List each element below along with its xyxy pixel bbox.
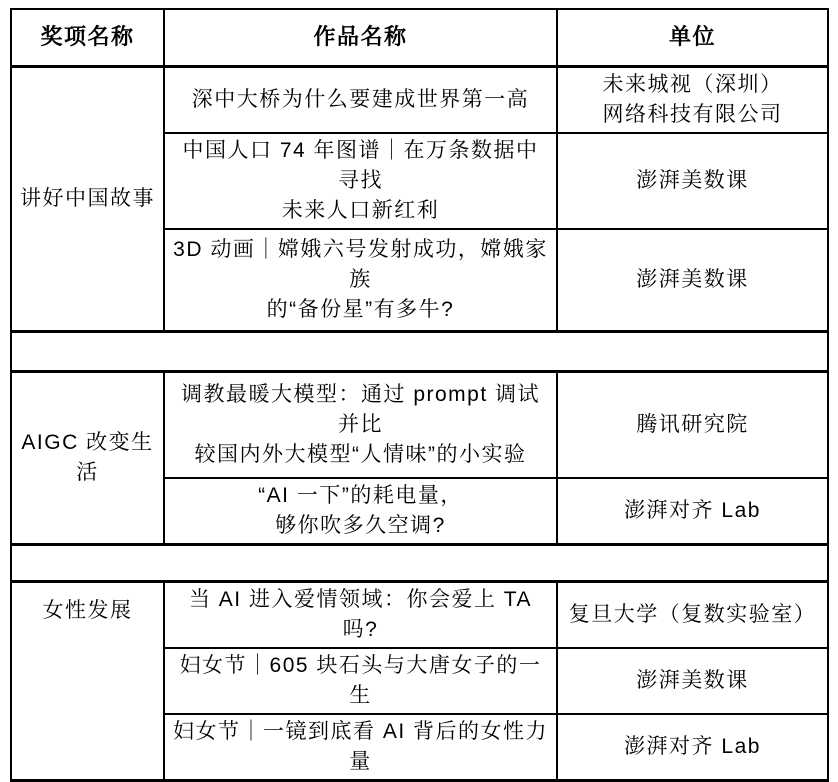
document-page: 奖项名称 作品名称 单位 讲好中国故事 深中大桥为什么要建成世界第一高 未来城视… [0, 0, 838, 738]
awards-table: 奖项名称 作品名称 单位 讲好中国故事 深中大桥为什么要建成世界第一高 未来城视… [10, 8, 829, 782]
unit-cell: 复旦大学（复数实验室） [557, 581, 828, 648]
table-row: AIGC 改变生活 调教最暖大模型：通过 prompt 调试并比 较国内外大模型… [11, 372, 828, 478]
work-cell: 当 AI 进入爱情领域：你会爱上 TA 吗? [164, 581, 557, 648]
award-cell-section-1: 讲好中国故事 [11, 66, 164, 332]
unit-cell: 澎湃对齐 Lab [557, 714, 828, 781]
table-row: 讲好中国故事 深中大桥为什么要建成世界第一高 未来城视（深圳） 网络科技有限公司 [11, 66, 828, 133]
col-header-award-name: 奖项名称 [11, 9, 164, 66]
award-cell-section-2: AIGC 改变生活 [11, 372, 164, 545]
work-cell: 3D 动画｜嫦娥六号发射成功，嫦娥家族 的“备份星”有多牛? [164, 229, 557, 332]
unit-cell: 澎湃对齐 Lab [557, 478, 828, 545]
separator-row [11, 544, 828, 581]
work-cell: 深中大桥为什么要建成世界第一高 [164, 66, 557, 133]
work-cell: 妇女节｜605 块石头与大唐女子的一生 [164, 648, 557, 714]
unit-cell: 澎湃美数课 [557, 648, 828, 714]
separator-cell [11, 544, 828, 581]
award-cell-section-3: 女性发展 [11, 581, 164, 780]
separator-row [11, 332, 828, 372]
table-row: 女性发展 当 AI 进入爱情领域：你会爱上 TA 吗? 复旦大学（复数实验室） [11, 581, 828, 648]
col-header-unit: 单位 [557, 9, 828, 66]
header-row: 奖项名称 作品名称 单位 [11, 9, 828, 66]
col-header-work-name: 作品名称 [164, 9, 557, 66]
work-cell: 中国人口 74 年图谱｜在万条数据中寻找 未来人口新红利 [164, 133, 557, 229]
work-cell: 调教最暖大模型：通过 prompt 调试并比 较国内外大模型“人情味”的小实验 [164, 372, 557, 478]
unit-cell: 澎湃美数课 [557, 133, 828, 229]
work-cell: “AI 一下”的耗电量， 够你吹多久空调? [164, 478, 557, 545]
work-cell: 妇女节｜一镜到底看 AI 背后的女性力量 [164, 714, 557, 781]
unit-cell: 腾讯研究院 [557, 372, 828, 478]
unit-cell: 未来城视（深圳） 网络科技有限公司 [557, 66, 828, 133]
unit-cell: 澎湃美数课 [557, 229, 828, 332]
separator-cell [11, 332, 828, 372]
